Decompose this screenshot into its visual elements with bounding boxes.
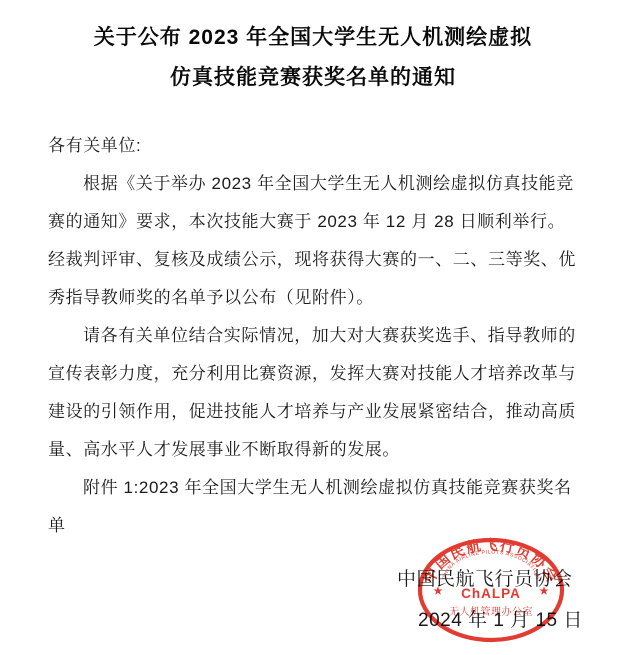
document-title-line-1: 关于公布 2023 年全国大学生无人机测绘虚拟 [0, 21, 626, 51]
seal-center-abbreviation: ChALPA [461, 586, 521, 601]
seal-star-left-icon [433, 586, 442, 595]
paragraph-1-line-2: 赛的通知》要求，本次技能大赛于 2023 年 12 月 28 日顺利举行。 [48, 203, 582, 241]
official-seal-stamp: 中国民航飞行员协会 CHINA AIRLINE PILOTS ASSOCIATI… [410, 534, 572, 646]
salutation-line: 各有关单位: [48, 127, 582, 165]
document-title-line-2: 仿真技能竞赛获奖名单的通知 [0, 61, 626, 91]
seal-office-text: 无人机管理办公室 [449, 605, 533, 618]
paragraph-1-line-1: 根据《关于举办 2023 年全国大学生无人机测绘虚拟仿真技能竞 [48, 165, 582, 203]
paragraph-1-line-3: 经裁判评审、复核及成绩公示，现将获得大赛的一、二、三等奖、优 [48, 241, 582, 279]
paragraph-2-line-2: 宣传表彰力度，充分利用比赛资源，发挥大赛对技能人才培养改革与 [48, 355, 582, 393]
notice-document: 关于公布 2023 年全国大学生无人机测绘虚拟 仿真技能竞赛获奖名单的通知 各有… [0, 0, 626, 655]
paragraph-1-line-4: 秀指导教师奖的名单予以公布（见附件）。 [48, 279, 582, 317]
attachment-line-1: 附件 1:2023 年全国大学生无人机测绘虚拟仿真技能竞赛获奖名 [48, 469, 582, 507]
document-body: 各有关单位: 根据《关于举办 2023 年全国大学生无人机测绘虚拟仿真技能竞 赛… [48, 127, 582, 545]
paragraph-2-line-1: 请各有关单位结合实际情况，加大对大赛获奖选手、指导教师的 [48, 317, 582, 355]
seal-star-right-icon [539, 586, 548, 595]
paragraph-2-line-3: 建设的引领作用，促进技能人才培养与产业发展紧密结合，推动高质 [48, 393, 582, 431]
paragraph-2-line-4: 量、高水平人才发展事业不断取得新的发展。 [48, 431, 582, 469]
